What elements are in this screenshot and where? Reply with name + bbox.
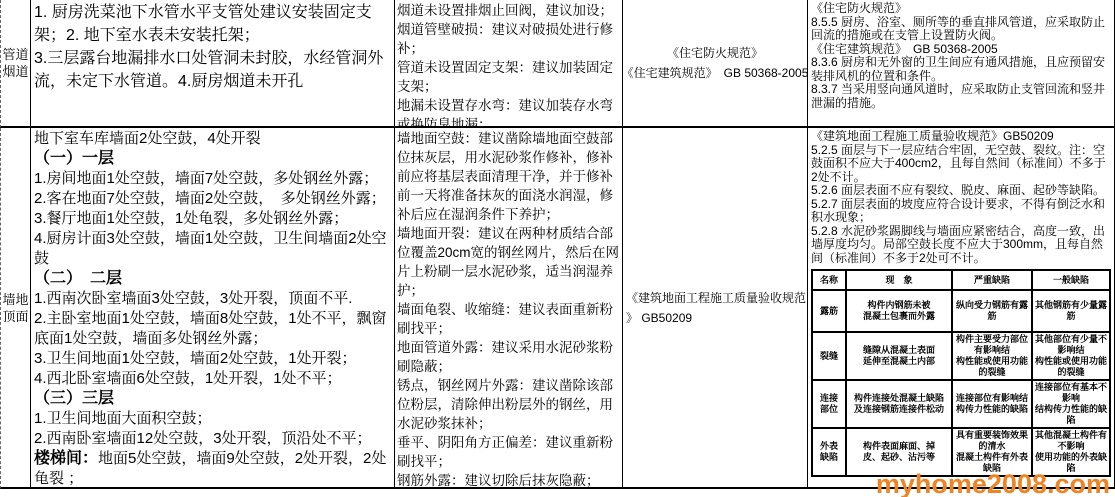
body-text: 3.餐厅地面1处空鼓，1处龟裂，多处钢丝外露；	[34, 210, 348, 227]
paragraph: 5.2.8 水泥砂浆踢脚线与墙面应紧密结合，高度一致，出墙厚度均匀。局部空鼓长度…	[811, 225, 1111, 266]
paragraph: 墙地面开裂：建议在两种材质结合部位覆盖20cm宽的钢丝网片，然后在网片上粉刷一层…	[397, 224, 620, 300]
paragraph: 钢筋外露：建议切除后抹灰隐蔽；	[397, 471, 620, 489]
paragraph: 5.2.6 面层表面不应有裂纹、脱皮、麻面、起砂等缺陷。	[811, 184, 1111, 198]
criteria-row: 裂缝缝隙从混凝土表面 延伸至混凝土内部构件主要受力部位有影响结 构性能或使用功能…	[812, 332, 1110, 380]
paragraph: 2.西南卧室墙面12处空鼓，3处开裂，顶沿处不平；	[34, 429, 391, 449]
standard-name-cell-wall-floor-ceiling: 《建筑地面工程施工质量验收规范 》 GB50209	[623, 128, 808, 489]
body-text: 地下室车库墙面2处空鼓，4处开裂	[34, 130, 261, 147]
criteria-table: 名称 现 象 严重缺陷 一般缺陷 露筋构件内钢筋未被 混凝土包裹而外露纵向受力钢…	[811, 269, 1111, 477]
category-label-wall-floor-ceiling: 墙地 顶面	[0, 128, 31, 489]
criteria-header-severe-defect: 严重缺陷	[952, 270, 1032, 290]
body-text: 1.西南次卧室墙面3处空鼓，3处开裂，顶面不平.	[34, 290, 352, 307]
criteria-cell: 构件主要受力部位有影响结 构性能或使用功能的裂缝	[952, 332, 1032, 380]
paragraph: 管道未设置固定支架：建议加装固定支架；	[397, 58, 620, 96]
criteria-header-phenomenon: 现 象	[846, 270, 952, 290]
paragraph: 《建筑地面工程施工质量验收规范》GB50209	[811, 130, 1111, 144]
criteria-cell: 构件内钢筋未被 混凝土包裹而外露	[846, 290, 952, 332]
body-text: 4.西北卧室墙面6处空鼓，1处开裂，1处不平；	[34, 370, 342, 387]
paragraph: 地下室车库墙面2处空鼓，4处开裂	[34, 129, 391, 149]
body-text: 1.卫生间地面大面积空鼓；	[34, 410, 212, 427]
body-text: 1.房间地面1处空鼓，墙面7处空鼓，多处钢丝外露；	[34, 170, 378, 187]
watermark: myhome2008.com	[876, 469, 1110, 497]
bold-heading-text: （三）三层	[34, 390, 114, 407]
criteria-cell: 连接部位有基本不影响 结构传力性能的缺陷	[1032, 380, 1110, 428]
criteria-cell: 外表 缺陷	[812, 428, 846, 476]
standard-name-cell-pipes-flues: 《住宅防火规范》 《住宅建筑规范》 GB 50368-2005	[623, 0, 808, 128]
category-label-pipes-flues: 管道 烟道	[0, 0, 31, 128]
paragraph: 烟道管壁破损：建议对破损处进行修补；	[397, 20, 620, 58]
criteria-cell: 缝隙从混凝土表面 延伸至混凝土内部	[846, 332, 952, 380]
paragraph: 楼梯间：地面5处空鼓，墙面9处空鼓，2处开裂，2处龟裂 ；	[34, 449, 391, 489]
paragraph: 1.房间地面1处空鼓，墙面7处空鼓，多处钢丝外露；	[34, 169, 391, 189]
paragraph: 5.2.7 面层表面的坡度应符合设计要求，不得有倒泛水和积水现象；	[811, 198, 1111, 225]
paragraph: 地面管道外露：建议采用水泥砂浆粉刷隐蔽；	[397, 338, 620, 376]
bold-heading-text: （一）一层	[34, 150, 114, 167]
criteria-cell: 连接部位有影响结 构传力性能的缺陷	[952, 380, 1032, 428]
paragraph: 4.厨房计面3处空鼓，墙面1处空鼓，卫生间墙面2处空鼓	[34, 229, 391, 269]
criteria-cell: 其他部位有少量不影响结 构性能或使用功能的裂缝	[1032, 332, 1110, 380]
criteria-cell: 连接 部位	[812, 380, 846, 428]
inspection-table: 管道 烟道 1. 厨房洗菜池下水管水平支管处建议安装固定支架；2. 地下室水表未…	[0, 0, 1115, 489]
paragraph: 地漏未设置存水弯：建议加装存水弯或换防臭地漏；	[397, 96, 620, 128]
paragraph: 1.西南次卧室墙面3处空鼓，3处开裂，顶面不平.	[34, 289, 391, 309]
suggestions-cell-wall-floor-ceiling: 墙地面空鼓：建议凿除墙地面空鼓部位抹灰层，用水泥砂浆作修补，修补前应将基层表面清…	[395, 128, 623, 489]
body-text: 4.厨房计面3处空鼓，墙面1处空鼓，卫生间墙面2处空鼓	[34, 230, 387, 267]
paragraph: 8.3.7 当采用竖向通风道时，应采取防止支管回流和竖井泄漏的措施。	[811, 83, 1111, 110]
bold-heading-text: （二） 二层	[34, 270, 122, 287]
paragraph: （二） 二层	[34, 269, 391, 289]
paragraph: （一）一层	[34, 149, 391, 169]
criteria-cell: 裂缝	[812, 332, 846, 380]
criteria-cell: 露筋	[812, 290, 846, 332]
paragraph: 8.5.5 厨房、浴室、厕所等的垂直排风管道，应采取防止回流的措施或在支管上设置…	[811, 16, 1111, 43]
body-text: 3.卫生间地面1处空鼓，墙面2处空鼓，1处开裂；	[34, 350, 357, 367]
inspection-report-page: 管道 烟道 1. 厨房洗菜池下水管水平支管处建议安装固定支架；2. 地下室水表未…	[0, 0, 1115, 497]
paragraph: 墙地面空鼓：建议凿除墙地面空鼓部位抹灰层，用水泥砂浆作修补，修补前应将基层表面清…	[397, 129, 620, 224]
body-text: 2.西南卧室墙面12处空鼓，3处开裂，顶沿处不平；	[34, 430, 372, 447]
paragraph: 3.卫生间地面1处空鼓，墙面2处空鼓，1处开裂；	[34, 349, 391, 369]
paragraph: 烟道未设置排烟止回阀，建议加设；	[397, 1, 620, 20]
criteria-header-name: 名称	[812, 270, 846, 290]
paragraph: 锈点，钢丝网片外露：建议凿除该部位粉层，清除伸出粉层外的钢丝，用水泥砂浆抹补；	[397, 376, 620, 433]
paragraph: 2.主卧室地面1处空鼓，墙面8处空鼓，1处不平，飘窗底面1处空鼓，墙面多处钢丝外…	[34, 309, 391, 349]
criteria-cell: 构件连接处混凝土缺陷 及连接钢筋连接件松动	[846, 380, 952, 428]
paragraph: 垂平、阴阳角方正偏差：建议重新粉刷找平；	[397, 433, 620, 471]
bold-heading-text: 楼梯间：	[34, 450, 98, 467]
criteria-table-body: 露筋构件内钢筋未被 混凝土包裹而外露纵向受力钢筋有露筋其他钢筋有少量露筋裂缝缝隙…	[812, 290, 1110, 476]
defects-cell-wall-floor-ceiling: 地下室车库墙面2处空鼓，4处开裂（一）一层1.房间地面1处空鼓，墙面7处空鼓，多…	[31, 128, 395, 489]
standard-detail-cell-wall-floor-ceiling: 《建筑地面工程施工质量验收规范》GB502095.2.5 面层与下一层应结合牢固…	[808, 128, 1115, 489]
body-text: 2.客在地面7处空鼓，墙面2处空鼓， 多处钢丝外露；	[34, 190, 386, 207]
defects-cell-pipes-flues: 1. 厨房洗菜池下水管水平支管处建议安装固定支架；2. 地下室水表未安装托架； …	[31, 0, 395, 128]
standard-detail-paragraphs: 《建筑地面工程施工质量验收规范》GB502095.2.5 面层与下一层应结合牢固…	[811, 130, 1111, 265]
paragraph: 8.3.6 厨房和无外窗的卫生间应有通风措施，且应预留安装排风机的位置和条件。	[811, 56, 1111, 83]
body-text: 2.主卧室地面1处空鼓，墙面8处空鼓，1处不平，飘窗底面1处空鼓，墙面多处钢丝外…	[34, 310, 387, 347]
paragraph: 4.西北卧室墙面6处空鼓，1处开裂，1处不平；	[34, 369, 391, 389]
criteria-header-row: 名称 现 象 严重缺陷 一般缺陷	[812, 270, 1110, 290]
criteria-cell: 其他钢筋有少量露筋	[1032, 290, 1110, 332]
criteria-row: 连接 部位构件连接处混凝土缺陷 及连接钢筋连接件松动连接部位有影响结 构传力性能…	[812, 380, 1110, 428]
paragraph: 墙面龟裂、收缩缝：建议表面重新粉刷找平；	[397, 300, 620, 338]
paragraph: 《住宅建筑规范》 GB 50368-2005	[811, 43, 1111, 57]
paragraph: 《住宅防火规范》	[811, 2, 1111, 16]
paragraph: 2.客在地面7处空鼓，墙面2处空鼓， 多处钢丝外露；	[34, 189, 391, 209]
paragraph: （三）三层	[34, 389, 391, 409]
suggestions-cell-pipes-flues: 烟道未设置排烟止回阀，建议加设；烟道管壁破损：建议对破损处进行修补；管道未设置固…	[395, 0, 623, 128]
criteria-header-general-defect: 一般缺陷	[1032, 270, 1110, 290]
standard-detail-cell-pipes-flues: 《住宅防火规范》8.5.5 厨房、浴室、厕所等的垂直排风管道，应采取防止回流的措…	[808, 0, 1115, 128]
paragraph: 5.2.5 面层与下一层应结合牢固，无空鼓、裂纹。注：空鼓面积不应大于400cm…	[811, 144, 1111, 185]
criteria-row: 露筋构件内钢筋未被 混凝土包裹而外露纵向受力钢筋有露筋其他钢筋有少量露筋	[812, 290, 1110, 332]
criteria-cell: 纵向受力钢筋有露筋	[952, 290, 1032, 332]
paragraph: 3.餐厅地面1处空鼓，1处龟裂，多处钢丝外露；	[34, 209, 391, 229]
paragraph: 1.卫生间地面大面积空鼓；	[34, 409, 391, 429]
